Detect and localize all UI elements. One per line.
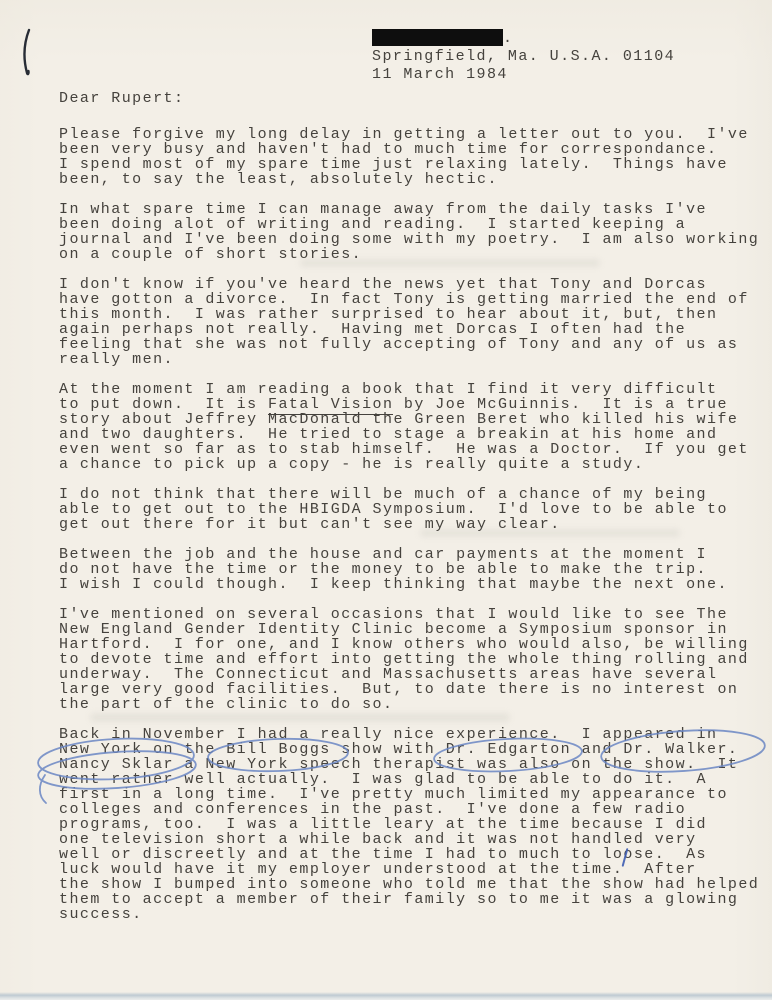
salutation: Dear Rupert: [59, 91, 184, 106]
letter-paragraph: Back in November I had a really nice exp… [59, 727, 764, 922]
letter-paragraph: I've mentioned on several occasions that… [59, 607, 764, 712]
letter-line: I do not think that there will be much o… [59, 487, 764, 502]
letter-line: a chance to pick up a copy - he is reall… [59, 457, 764, 472]
letter-line: first in a long time. I've pretty much l… [59, 787, 764, 802]
letter-line: get out there for it but can't see my wa… [59, 517, 764, 532]
letter-line: them to accept a member of their family … [59, 892, 764, 907]
letter-line: large very good facilities. But, to date… [59, 682, 764, 697]
letter-body: Please forgive my long delay in getting … [59, 127, 764, 937]
letter-line: Hartford. I for one, and I know others w… [59, 637, 764, 652]
redacted-address-line: . [372, 29, 675, 46]
letter-line: programs, too. I was a little leary at t… [59, 817, 764, 832]
letter-line: really men. [59, 352, 764, 367]
letter-line: colleges and conferences in the past. I'… [59, 802, 764, 817]
letter-line: New England Gender Identity Clinic becom… [59, 622, 764, 637]
letter-line: to put down. It is Fatal Vision by Joe M… [59, 397, 764, 412]
letter-line: feeling that she was not fully accepting… [59, 337, 764, 352]
paper-bottom-edge [0, 992, 772, 1000]
letter-line: been very busy and haven't had to much t… [59, 142, 764, 157]
letter-line: story about Jeffrey MacDonald the Green … [59, 412, 764, 427]
letter-paragraph: Between the job and the house and car pa… [59, 547, 764, 592]
letter-line: success. [59, 907, 764, 922]
letter-line: able to get out to the HBIGDA Symposium.… [59, 502, 764, 517]
letter-line: journal and I've been doing some with my… [59, 232, 764, 247]
letter-line: went rather well actually. I was glad to… [59, 772, 764, 787]
redaction-bar [372, 29, 503, 46]
letter-line: At the moment I am reading a book that I… [59, 382, 764, 397]
letter-line: this month. I was rather surprised to he… [59, 307, 764, 322]
letter-line: In what spare time I can manage away fro… [59, 202, 764, 217]
redaction-suffix: . [503, 30, 513, 47]
letter-line: New York on the Bill Boggs show with Dr.… [59, 742, 764, 757]
letterhead-block: . Springfield, Ma. U.S.A. 01104 11 March… [372, 29, 675, 82]
letter-line: I've mentioned on several occasions that… [59, 607, 764, 622]
letter-line: Between the job and the house and car pa… [59, 547, 764, 562]
letter-paragraph: I don't know if you've heard the news ye… [59, 277, 764, 367]
letter-line: Back in November I had a really nice exp… [59, 727, 764, 742]
letter-line: the part of the clinic to do so. [59, 697, 764, 712]
letter-line: and two daughters. He tried to stage a b… [59, 427, 764, 442]
letter-paragraph: I do not think that there will be much o… [59, 487, 764, 532]
letter-line: I spend most of my spare time just relax… [59, 157, 764, 172]
letter-line: I wish I could though. I keep thinking t… [59, 577, 764, 592]
letter-paragraph: In what spare time I can manage away fro… [59, 202, 764, 262]
letter-line: been doing alot of writing and reading. … [59, 217, 764, 232]
letter-line: well or discreetly and at the time I had… [59, 847, 764, 862]
letter-line: on a couple of short stories. [59, 247, 764, 262]
letter-line: do not have the time or the money to be … [59, 562, 764, 577]
letter-line: Nancy Sklar a New York speech therapist … [59, 757, 764, 772]
city-line: Springfield, Ma. U.S.A. 01104 [372, 49, 675, 64]
letter-line: luck would have it my employer understoo… [59, 862, 764, 877]
letter-line: even went so far as to stab himself. He … [59, 442, 764, 457]
letter-line: Please forgive my long delay in getting … [59, 127, 764, 142]
letter-paragraph: At the moment I am reading a book that I… [59, 382, 764, 472]
letter-line: been, to say the least, absolutely hecti… [59, 172, 764, 187]
letter-line: I don't know if you've heard the news ye… [59, 277, 764, 292]
pen-tail-stroke [40, 775, 46, 803]
letter-line: again perhaps not really. Having met Dor… [59, 322, 764, 337]
letter-page: . Springfield, Ma. U.S.A. 01104 11 March… [0, 0, 772, 1000]
letter-line: one television short a while back and it… [59, 832, 764, 847]
letter-paragraph: Please forgive my long delay in getting … [59, 127, 764, 187]
pen-stroke-mark [20, 27, 36, 79]
date-line: 11 March 1984 [372, 67, 675, 82]
letter-line: the show I bumped into someone who told … [59, 877, 764, 892]
letter-line: to devote time and effort into getting t… [59, 652, 764, 667]
letter-line: underway. The Connecticut and Massachuse… [59, 667, 764, 682]
letter-line: have gotton a divorce. In fact Tony is g… [59, 292, 764, 307]
